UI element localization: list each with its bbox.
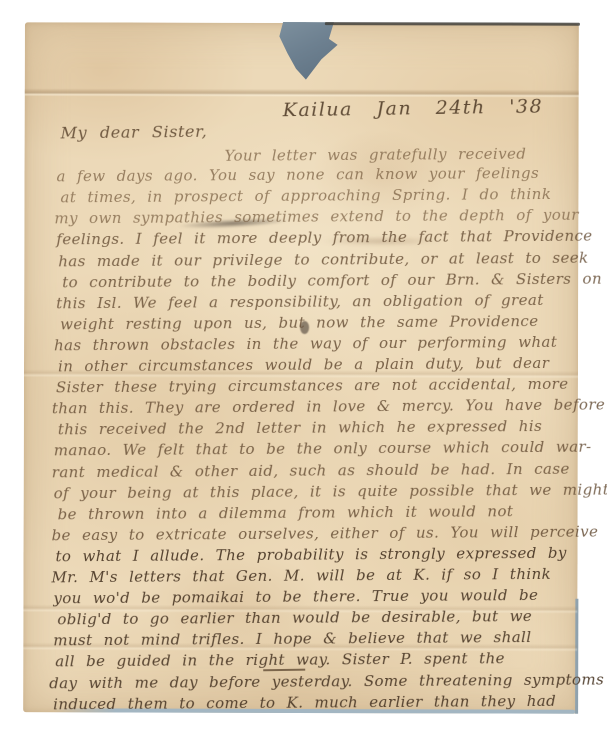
handwriting-line: oblig'd to go earlier than would be desi… — [57, 607, 532, 628]
handwriting-line: to what I allude. The probability is str… — [55, 544, 566, 566]
handwriting-line: feelings. I feel it more deeply from the… — [56, 227, 592, 249]
handwriting-line: in other circumstances would be a plain … — [58, 354, 549, 375]
handwriting-line: must not mind trifles. I hope & believe … — [53, 628, 531, 649]
salutation: My dear Sister, — [61, 122, 208, 143]
handwriting-line: rant medical & other aid, such as should… — [52, 460, 570, 482]
handwriting-line: be thrown into a dilemma from which it w… — [58, 502, 514, 523]
handwriting-line: has thrown obstacles in the way of our p… — [54, 333, 557, 355]
dateline: Kailua Jan 24th '38 — [283, 95, 544, 121]
handwriting-line: you wo'd be pomaikai to be there. True y… — [53, 586, 538, 607]
handwriting-line: Sister these trying circumstances are no… — [56, 375, 569, 397]
paper-tear — [277, 22, 339, 82]
scan-canvas: Kailua Jan 24th '38 My dear Sister, Your… — [0, 0, 607, 741]
handwriting-line: Your letter was gratefully received — [224, 145, 526, 165]
handwriting-line: has made it our privilege to contribute,… — [58, 249, 588, 271]
handwriting-line: to contribute to the bodily comfort of o… — [62, 270, 602, 292]
handwriting-line: this received the 2nd letter in which he… — [58, 417, 542, 438]
handwriting-line: manao. We felt that to be the only cours… — [54, 438, 592, 460]
handwriting-line: of your being at this place, it is quite… — [54, 480, 607, 502]
handwriting-line: induced them to come to K. much earlier … — [53, 692, 556, 714]
handwriting-line: Mr. M's letters that Gen. M. will be at … — [51, 565, 551, 586]
handwriting-line: day with me day before yesterday. Some t… — [49, 670, 604, 692]
letter-paper: Kailua Jan 24th '38 My dear Sister, Your… — [23, 22, 579, 713]
paper-top-edge — [325, 22, 580, 26]
handwriting-line: weight resting upon us, but now the same… — [60, 312, 538, 333]
handwriting-line: be easy to extricate ourselves, either o… — [51, 523, 598, 545]
handwriting-line: at times, in prospect of approaching Spr… — [60, 185, 551, 206]
handwriting-line: this Isl. We feel a responsibility, an o… — [56, 291, 544, 312]
handwriting-line: a few days ago. You say none can know yo… — [56, 164, 539, 185]
handwriting-line: than this. They are ordered in love & me… — [52, 395, 605, 417]
underline-stroke — [263, 669, 305, 672]
handwriting-line: my own sympathies sometimes extend to th… — [54, 206, 579, 228]
handwriting-line: all be guided in the right way. Sister P… — [55, 649, 505, 670]
paper-right-edge — [575, 599, 578, 714]
